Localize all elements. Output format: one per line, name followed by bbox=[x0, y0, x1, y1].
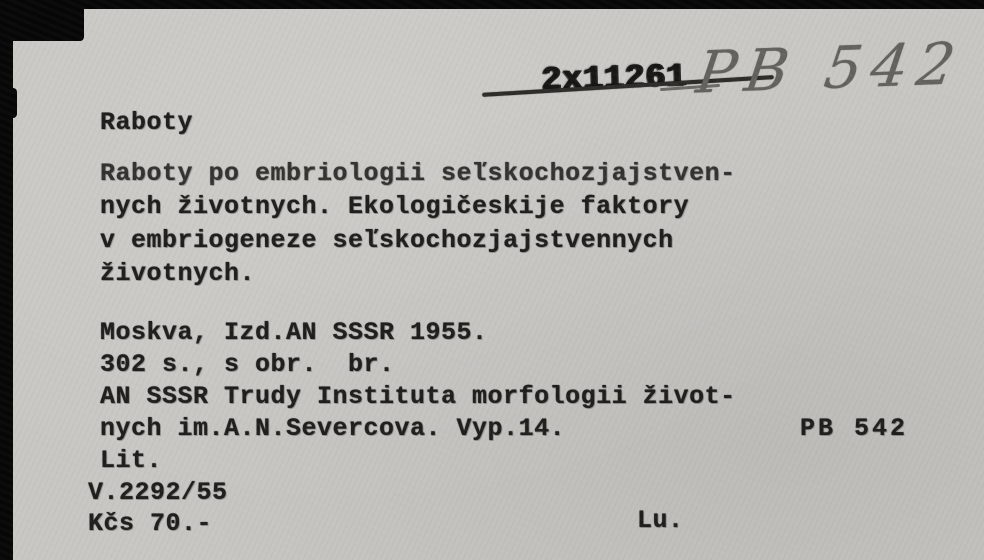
heading-entry-word: Raboty bbox=[100, 106, 193, 139]
title-line: životnych. bbox=[100, 257, 255, 290]
title-line: Raboty po embriologii seľskochozjajstven… bbox=[100, 157, 736, 190]
title-line: v embriogeneze seľskochozjajstvennych bbox=[100, 224, 674, 257]
scan-edge-notch bbox=[0, 88, 17, 118]
title-line: nych životnych. Ekologičeskije faktory bbox=[100, 190, 689, 223]
imprint-line: Moskva, Izd.AN SSSR 1955. bbox=[100, 316, 488, 349]
scan-edge-top bbox=[0, 0, 984, 9]
cataloguer-initials: Lu. bbox=[637, 504, 684, 537]
literature-note: Lit. bbox=[100, 444, 162, 477]
typed-shelfmark: PB 542 bbox=[800, 412, 908, 445]
scan-edge-left bbox=[0, 0, 13, 560]
catalog-card-scan: 2x11261 PB 542 Raboty Raboty po embriolo… bbox=[0, 0, 984, 560]
accession-number: V.2292/55 bbox=[88, 476, 228, 509]
scan-edge-corner bbox=[0, 0, 84, 41]
price-note: Kčs 70.- bbox=[88, 507, 212, 540]
series-line: nych im.A.N.Severcova. Vyp.14. bbox=[100, 412, 565, 445]
collation-line: 302 s., s obr. br. bbox=[100, 348, 395, 381]
series-line: AN SSSR Trudy Instituta morfologii život… bbox=[100, 380, 736, 413]
cancelled-accession-stamp: 2x11261 bbox=[541, 58, 688, 99]
handwritten-shelfmark: PB 542 bbox=[693, 33, 968, 102]
